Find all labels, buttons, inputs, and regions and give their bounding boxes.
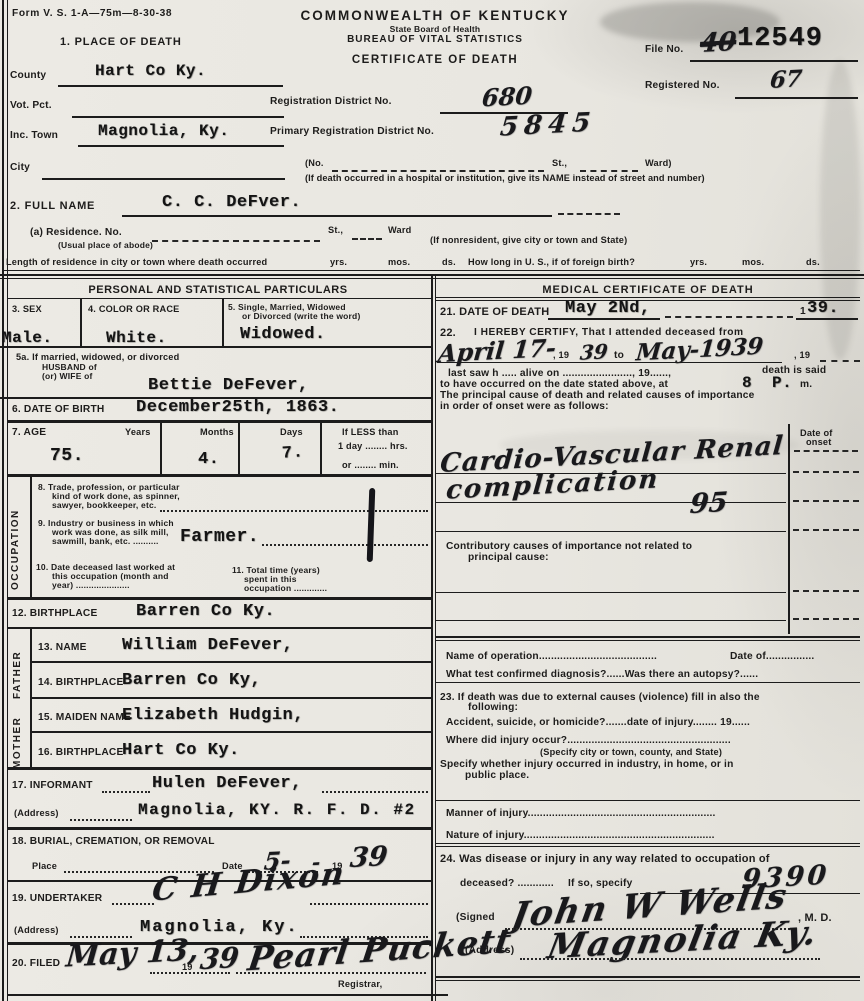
onset-dash-4	[793, 590, 859, 592]
cell-line-1	[80, 299, 82, 346]
informant-addr-value: Magnolia, KY. R. F. D. #2	[138, 801, 416, 819]
undertaker-addr-label: (Address)	[14, 925, 59, 935]
length-ds-label: ds.	[442, 257, 456, 267]
informant-addr-dots	[70, 819, 132, 821]
certify-19b: , 19	[794, 350, 810, 360]
s24-deceased-label: deceased? ............	[460, 878, 554, 889]
commonwealth-title: COMMONWEALTH OF KENTUCKY	[250, 8, 620, 23]
onset-underline	[794, 450, 858, 452]
residence-st-line	[352, 238, 382, 240]
certify-line-2: last saw h ..... alive on ..............…	[448, 368, 671, 379]
age-rule	[8, 474, 431, 477]
spouse-label-3: (or) WIFE of	[42, 371, 93, 381]
dod-year-print: 1	[800, 306, 806, 317]
burial-label: 18. BURIAL, CREMATION, OR REMOVAL	[12, 836, 215, 847]
dod-dash	[665, 316, 793, 318]
reg-district-value: 680	[481, 81, 534, 113]
registered-no-value: 67	[769, 65, 803, 94]
race-label: 4. COLOR OR RACE	[88, 304, 180, 314]
race-value: White.	[106, 329, 167, 347]
sex-label: 3. SEX	[12, 304, 42, 314]
registered-no-line	[735, 97, 858, 99]
test-rule	[436, 682, 860, 683]
place-of-death-heading: 1. PLACE OF DEATH	[60, 36, 182, 48]
age-label: 7. AGE	[12, 427, 46, 438]
age-days-value: 7.	[281, 443, 304, 463]
full-name-line	[122, 215, 552, 217]
age-less-2: 1 day ........ hrs.	[338, 441, 408, 451]
dob-label: 6. DATE OF BIRTH	[12, 404, 104, 415]
operation-date-label: Date of................	[730, 651, 814, 662]
length-residence-label: Length of residence in city or town wher…	[6, 257, 267, 267]
age-months-header: Months	[200, 427, 234, 437]
contrib-rule-1	[436, 592, 786, 593]
county-line	[58, 85, 283, 87]
file-no-value: 12549	[737, 24, 823, 54]
undertaker-dots-1	[112, 903, 154, 905]
s23-line-4: Where did injury occur?.................…	[446, 735, 731, 746]
reg-district-label: Registration District No.	[270, 96, 392, 107]
certify-from-year: 39	[579, 339, 609, 365]
undertaker-dots-2	[310, 903, 428, 905]
dod-label: 21. DATE OF DEATH	[440, 306, 549, 318]
informant-dots-2	[322, 791, 428, 793]
dod-value: May 2Nd,	[565, 299, 651, 318]
age-less-1: If LESS than	[342, 427, 399, 437]
father-bracket	[30, 628, 32, 699]
age-years-value: 75.	[50, 446, 84, 466]
filed-date-value: May 13,	[65, 932, 201, 974]
cause-code: 95	[689, 487, 729, 520]
age-cell-line-2	[238, 423, 240, 474]
occ8-line-3: sawyer, bookkeeper, etc.	[52, 500, 157, 510]
s23-line-2: following:	[468, 702, 518, 713]
column-divider-left	[431, 274, 433, 1001]
filed-year-value: 39	[199, 941, 241, 976]
onset-dash-3	[793, 529, 859, 531]
operation-label: Name of operation.......................…	[446, 651, 657, 662]
father-name-label: 13. NAME	[38, 642, 87, 653]
s23-line-5: (Specify city or town, county, and State…	[540, 747, 722, 757]
s24-line-1: 24. Was disease or injury in any way rel…	[440, 853, 770, 865]
occ8-dots	[160, 510, 428, 512]
father-name-rule	[30, 661, 431, 663]
city-line	[42, 178, 285, 180]
occ9-value: Farmer.	[180, 527, 259, 547]
certify-line-3: to have occurred on the date stated abov…	[440, 379, 668, 390]
mother-name-label: 15. MAIDEN NAME	[38, 712, 131, 723]
filed-year-print: 19	[182, 962, 193, 972]
father-side-label: FATHER	[12, 633, 23, 699]
form-number: Form V. S. 1-A—75m—8-30-38	[12, 8, 172, 19]
city-no-line	[332, 170, 544, 172]
undertaker-signature: C H Dixon	[150, 855, 348, 908]
right-column-heading: MEDICAL CERTIFICATE OF DEATH	[436, 284, 860, 296]
inc-town-value: Magnolia, Ky.	[98, 122, 229, 140]
birthplace-rule	[8, 627, 431, 629]
certificate-heading: CERTIFICATE OF DEATH	[250, 54, 620, 66]
sex-value: Male.	[2, 329, 53, 347]
certify-yr-dash	[820, 360, 860, 362]
informant-dots-1	[102, 791, 150, 793]
left-edge-outer-line	[2, 0, 4, 1001]
nonresident-note: (If nonresident, give city or town and S…	[430, 235, 627, 245]
spouse-label-1: 5a. If married, widowed, or divorced	[16, 352, 179, 362]
left-bottom-rule	[8, 994, 448, 996]
age-months-value: 4.	[198, 450, 219, 469]
onset-dash-2	[793, 500, 859, 502]
s23-line-3: Accident, suicide, or homicide?.......da…	[446, 717, 750, 728]
primary-district-value: 5845	[499, 107, 598, 142]
age-years-header: Years	[125, 427, 151, 437]
certify-line-5: in order of onset were as follows:	[440, 401, 609, 412]
vot-pct-label: Vot. Pct.	[10, 100, 52, 111]
city-st-label: St.,	[552, 158, 567, 168]
file-no-struck: 40	[699, 27, 738, 59]
dob-value: December25th, 1863.	[136, 398, 339, 417]
certify-to-label: to	[614, 350, 624, 361]
certify-line-4: The principal cause of death and related…	[440, 390, 755, 401]
city-label: City	[10, 162, 30, 173]
inc-town-label: Inc. Town	[10, 130, 58, 141]
residence-label: (a) Residence. No.	[30, 227, 122, 238]
burial-year-value: 39	[349, 841, 389, 874]
physician-addr-dots	[520, 958, 820, 960]
nature-label: Nature of injury........................…	[446, 830, 715, 841]
certify-19a: , 19	[553, 350, 569, 360]
informant-value: Hulen DeFever,	[152, 774, 302, 793]
s23-line-6: Specify whether injury occurred in indus…	[440, 759, 734, 770]
filed-label: 20. FILED	[12, 958, 60, 969]
cell-line-2	[222, 299, 224, 346]
foreign-ds-label: ds.	[806, 257, 820, 267]
onset-header-2: onset	[806, 437, 832, 447]
foreign-mos-label: mos.	[742, 257, 764, 267]
registered-no-label: Registered No.	[645, 80, 720, 91]
medical-divider-2	[436, 640, 860, 641]
contrib-rule-2	[436, 620, 786, 621]
cause-rule-3	[436, 531, 786, 532]
manner-top-rule	[436, 800, 860, 801]
death-certificate-document: Form V. S. 1-A—75m—8-30-38 1. PLACE OF D…	[0, 0, 864, 1001]
header-block: COMMONWEALTH OF KENTUCKY State Board of …	[250, 8, 620, 66]
age-less-3: or ........ min.	[342, 460, 399, 470]
father-bp-rule	[30, 697, 431, 699]
dod-year-value: 39.	[807, 299, 839, 318]
test-autopsy-label: What test confirmed diagnosis?......Was …	[446, 669, 758, 680]
mother-bp-rule	[8, 767, 431, 770]
mother-bp-value: Hart Co Ky.	[122, 741, 240, 760]
marital-value: Widowed.	[240, 325, 326, 344]
city-st-line	[580, 170, 638, 172]
residence-line	[152, 240, 320, 242]
mother-bracket	[30, 699, 32, 768]
hospital-note: (If death occurred in a hospital or inst…	[305, 173, 705, 183]
city-no-label: (No.	[305, 158, 324, 168]
certify-m: m.	[800, 379, 812, 390]
onset-column-line	[788, 424, 790, 634]
left-heading-rule	[8, 298, 431, 299]
informant-addr-label: (Address)	[14, 808, 59, 818]
undertaker-label: 19. UNDERTAKER	[12, 893, 102, 904]
residence-ward-label: Ward	[388, 225, 411, 235]
left-edge-inner-line	[7, 0, 8, 1001]
county-value: Hart Co Ky.	[95, 62, 206, 80]
contributory-line-1: Contributory causes of importance not re…	[446, 541, 692, 552]
dod-year-line	[796, 318, 858, 320]
registrar-label: Registrar,	[338, 979, 382, 989]
mother-bp-label: 16. BIRTHPLACE	[38, 747, 123, 758]
bureau-subtitle: BUREAU OF VITAL STATISTICS	[250, 34, 620, 45]
length-underline	[4, 270, 860, 271]
right-bottom-rule-1	[436, 976, 860, 978]
file-no-line	[690, 60, 858, 62]
board-subtitle: State Board of Health	[250, 24, 620, 34]
age-days-header: Days	[280, 427, 303, 437]
left-column-heading: PERSONAL AND STATISTICAL PARTICULARS	[8, 284, 428, 296]
full-name-value: C. C. DeFver.	[162, 193, 301, 212]
occ9-line-3: sawmill, bank, etc. ..........	[52, 536, 159, 546]
birthplace-label: 12. BIRTHPLACE	[12, 608, 97, 619]
foreign-yrs-label: yrs.	[690, 257, 707, 267]
foreign-birth-label: How long in U. S., if of foreign birth?	[468, 257, 635, 267]
dod-line	[548, 318, 660, 320]
primary-district-label: Primary Registration District No.	[270, 126, 434, 137]
city-ward-label: Ward)	[645, 158, 672, 168]
medical-divider-1	[436, 636, 860, 638]
s23-line-7: public place.	[465, 770, 529, 781]
occupation-bracket	[30, 476, 32, 597]
dob-rule	[8, 420, 431, 423]
manner-label: Manner of injury........................…	[446, 808, 716, 819]
father-bp-value: Barren Co Ky,	[122, 671, 261, 690]
filed-dots	[150, 972, 230, 974]
informant-rule	[8, 827, 431, 830]
nature-rule-1	[436, 843, 860, 844]
contributory-line-2: principal cause:	[468, 552, 549, 563]
file-no-label: File No.	[645, 44, 683, 55]
cause-rule-2	[436, 502, 786, 503]
occ10-line-3: year) .....................	[52, 580, 130, 590]
age-cell-line-3	[320, 423, 322, 474]
occ9-dots	[262, 544, 428, 546]
mother-name-value: Elizabeth Hudgin,	[122, 706, 304, 725]
right-heading-rule-1	[436, 297, 860, 298]
onset-dash-1	[793, 471, 859, 473]
right-bottom-rule-2	[436, 980, 860, 981]
certify-number: 22.	[440, 327, 456, 339]
full-name-line-dash	[558, 213, 620, 215]
age-cell-line-1	[160, 423, 162, 474]
inc-town-line	[78, 145, 284, 147]
residence-st-label: St.,	[328, 225, 343, 235]
occ11-line-3: occupation .............	[244, 583, 327, 593]
certify-ampm: P.	[772, 374, 792, 392]
length-mos-label: mos.	[388, 257, 410, 267]
spouse-value: Bettie DeFever,	[148, 376, 309, 395]
full-name-label: 2. FULL NAME	[10, 200, 95, 212]
father-bp-label: 14. BIRTHPLACE	[38, 677, 123, 688]
abode-note: (Usual place of abode)	[58, 240, 153, 250]
occupation-side-label: OCCUPATION	[10, 485, 21, 590]
county-label: County	[10, 70, 46, 81]
marital-label-2: or Divorced (write the word)	[242, 311, 360, 321]
occupation-rule	[8, 597, 431, 600]
row345-rule	[0, 346, 431, 348]
father-name-value: William DeFever,	[122, 636, 293, 655]
mother-name-rule	[30, 731, 431, 733]
nature-rule-2	[436, 846, 860, 847]
mother-side-label: MOTHER	[12, 703, 23, 769]
onset-dash-5	[793, 618, 859, 620]
handwritten-stroke	[367, 488, 376, 562]
length-yrs-label: yrs.	[330, 257, 347, 267]
informant-label: 17. INFORMANT	[12, 780, 93, 791]
birthplace-value: Barren Co Ky.	[136, 602, 275, 621]
certify-from-line	[437, 362, 782, 363]
burial-place-label: Place	[32, 861, 57, 871]
vot-pct-line	[72, 116, 284, 118]
